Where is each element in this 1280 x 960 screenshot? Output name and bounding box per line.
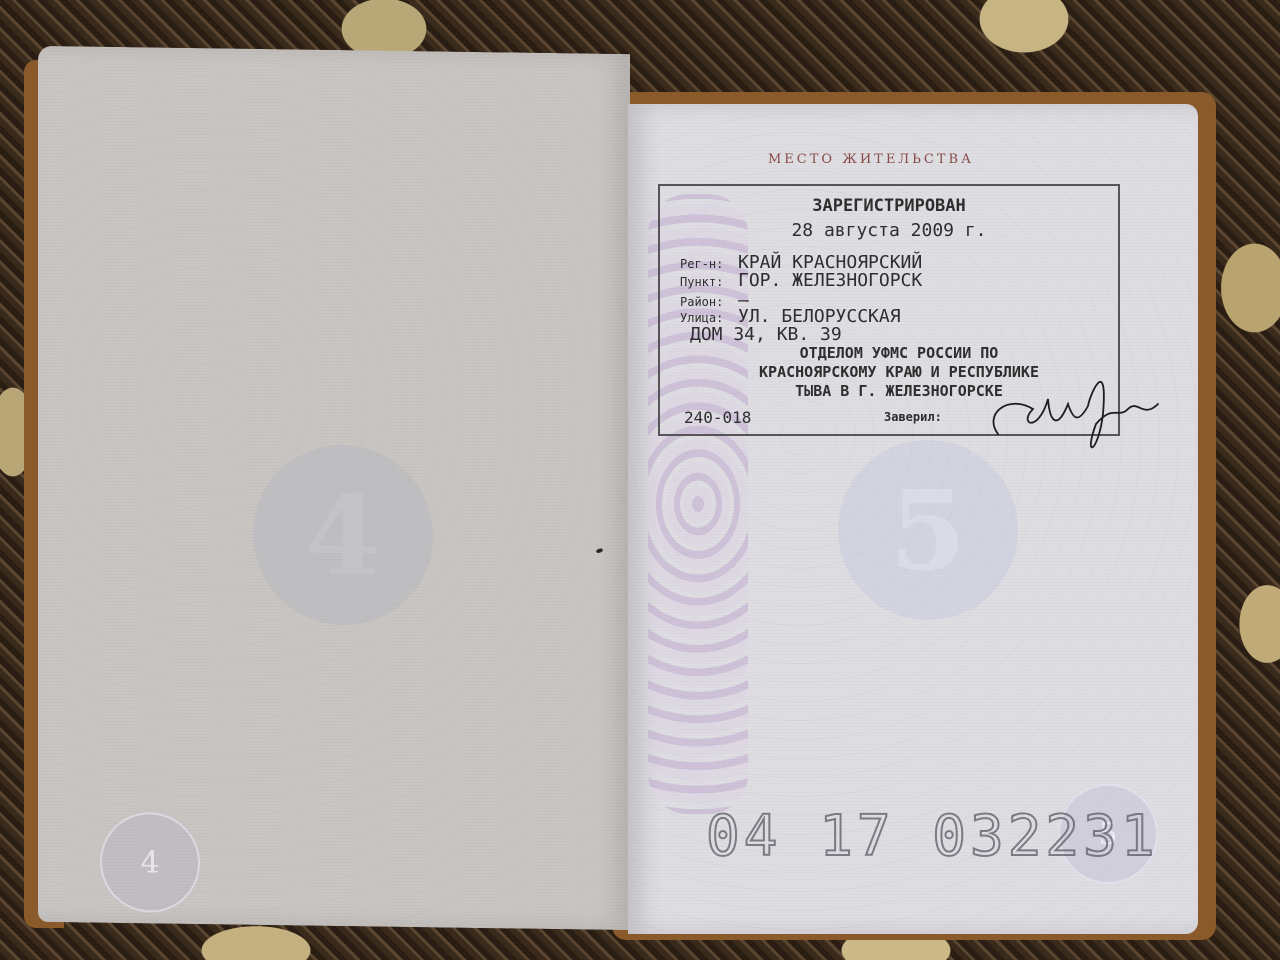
stamp-row-house: ДОМ 34, КВ. 39 xyxy=(690,324,842,345)
stamp-date: 28 августа 2009 г. xyxy=(660,220,1118,241)
right-page: 5 5 МЕСТО ЖИТЕЛЬСТВА ЗАРЕГИСТРИРОВАН 28 … xyxy=(628,104,1198,934)
row-label: Пункт: xyxy=(680,275,738,289)
row-label: Улица: xyxy=(680,311,738,325)
department-line: ОТДЕЛОМ УФМС РОССИИ ПО xyxy=(660,344,1138,363)
stamp-row-locality: Пункт:ГОР. ЖЕЛЕЗНОГОРСК xyxy=(680,270,922,291)
perforated-serial-number: 04 17 032231 xyxy=(706,804,1159,869)
ink-dot xyxy=(596,548,604,554)
signature-icon xyxy=(978,364,1178,474)
corner-emblem-icon: 4 xyxy=(100,812,200,913)
certified-label: Заверил: xyxy=(884,410,942,424)
department-code: 240-018 xyxy=(684,408,751,427)
row-value: ДОМ 34, КВ. 39 xyxy=(690,324,842,345)
row-value: ГОР. ЖЕЛЕЗНОГОРСК xyxy=(738,270,922,291)
section-title: МЕСТО ЖИТЕЛЬСТВА xyxy=(768,152,974,167)
page-number-watermark: 4 xyxy=(253,444,433,627)
corner-emblem-number: 4 xyxy=(140,845,159,880)
stamp-title: ЗАРЕГИСТРИРОВАН xyxy=(660,196,1118,216)
left-page: 4 4 xyxy=(38,46,630,930)
row-label: Рег-н: xyxy=(680,257,738,271)
